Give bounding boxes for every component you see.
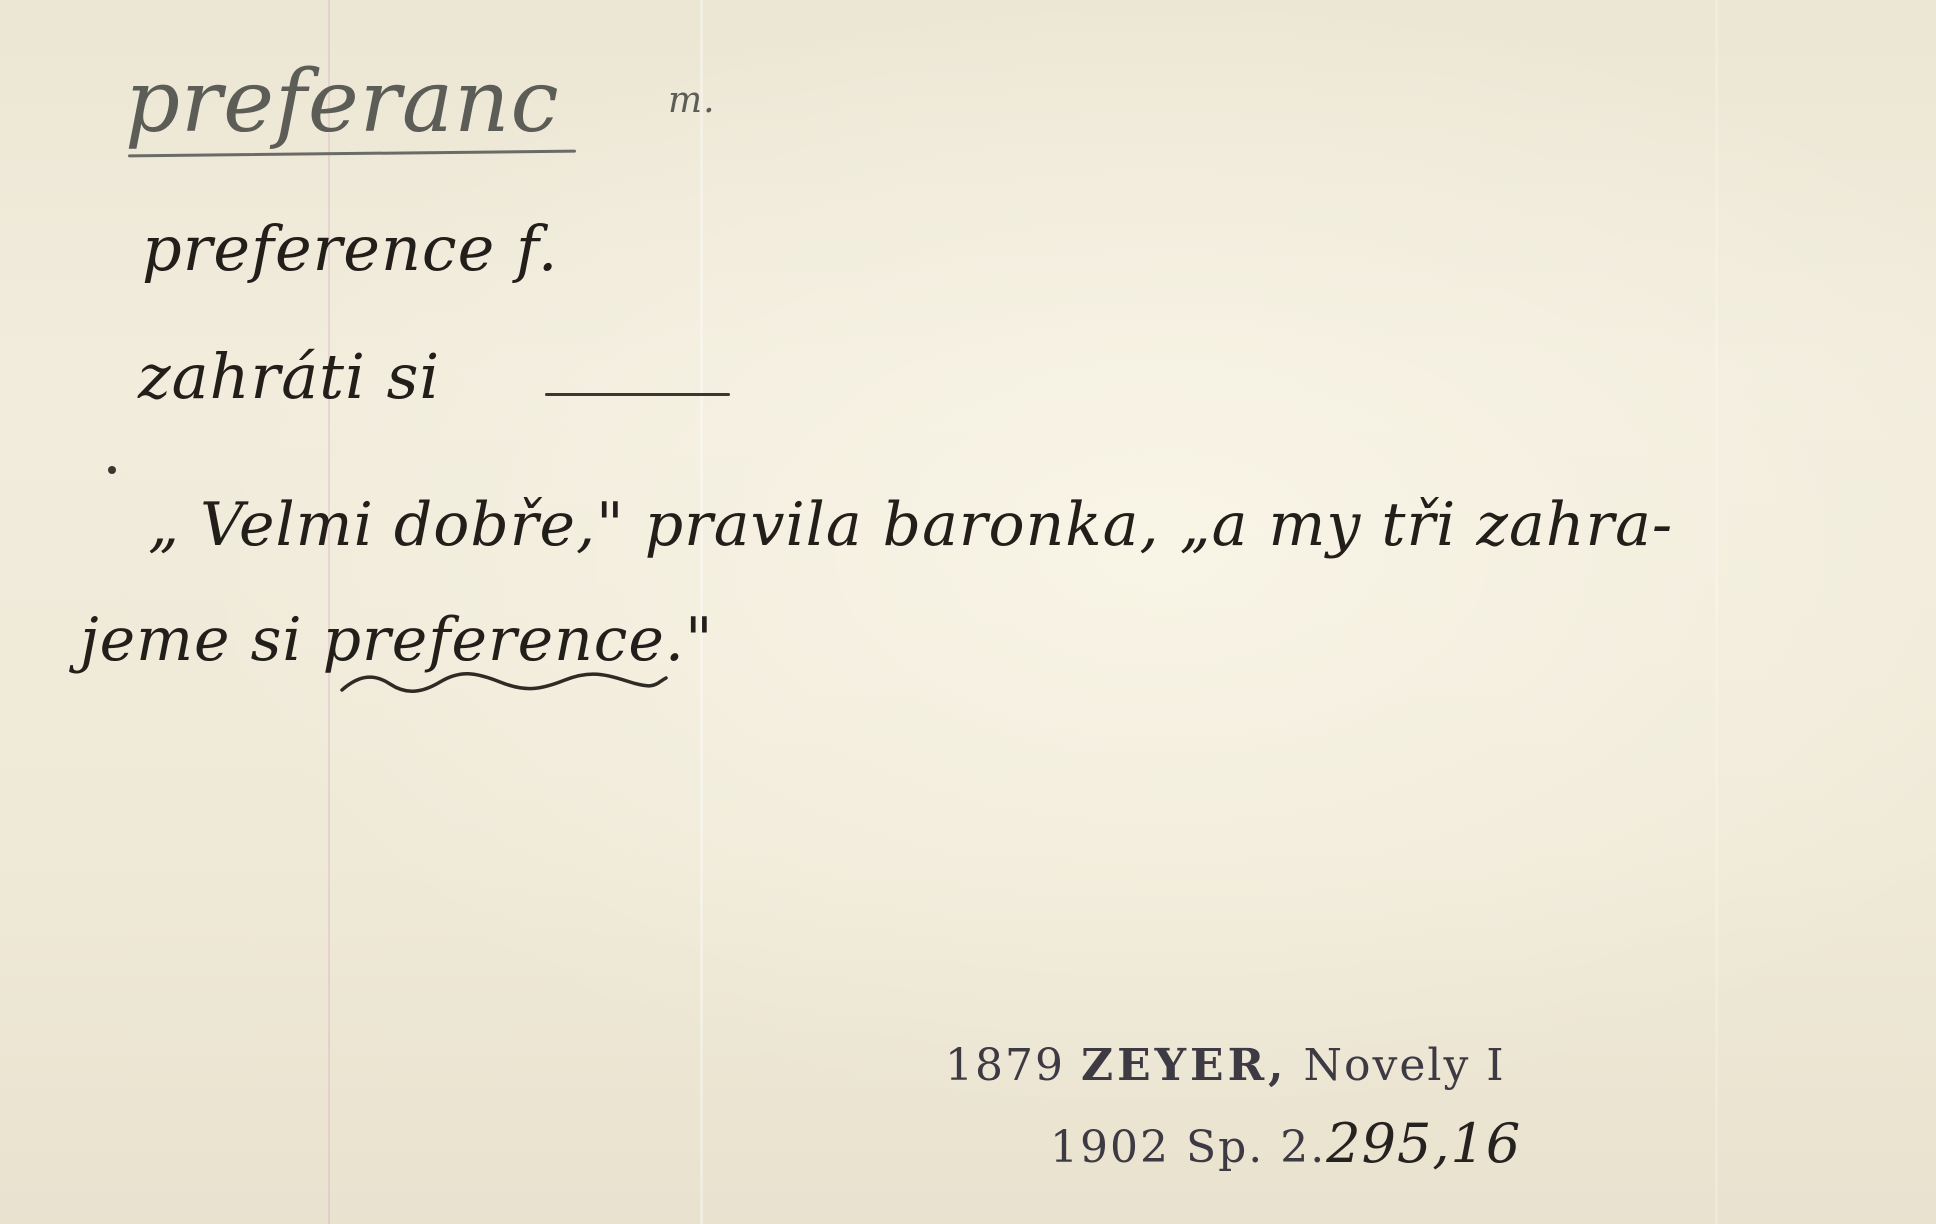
- page-reference: 295,16: [1326, 1112, 1521, 1175]
- source-line-2: 1902 Sp. 2.295,16: [1050, 1112, 1521, 1175]
- headword-gender: m.: [668, 80, 716, 121]
- source-year: 1879: [945, 1040, 1065, 1091]
- source-work: Novely I: [1303, 1040, 1505, 1091]
- variant-form: preference f.: [142, 212, 558, 285]
- source-author: ZEYER,: [1081, 1040, 1288, 1091]
- edition-year: 1902: [1050, 1122, 1170, 1173]
- ink-mark: [108, 466, 116, 474]
- quote-line-2: jeme si preference.": [80, 605, 714, 675]
- lexicon-card: preferanc m. preference f. zahráti si „ …: [0, 0, 1936, 1224]
- quote-line-1: „ Velmi dobře," pravila baronka, „a my t…: [148, 490, 1673, 560]
- edition: Sp. 2.: [1186, 1122, 1326, 1173]
- headword: preferanc: [125, 52, 560, 152]
- wavy-underline: [340, 668, 670, 696]
- paper-fold: [1715, 0, 1718, 1224]
- phrase-dash: [545, 393, 730, 396]
- source-line-1: 1879 ZEYER, Novely I: [945, 1040, 1506, 1091]
- phrase: zahráti si: [138, 340, 440, 413]
